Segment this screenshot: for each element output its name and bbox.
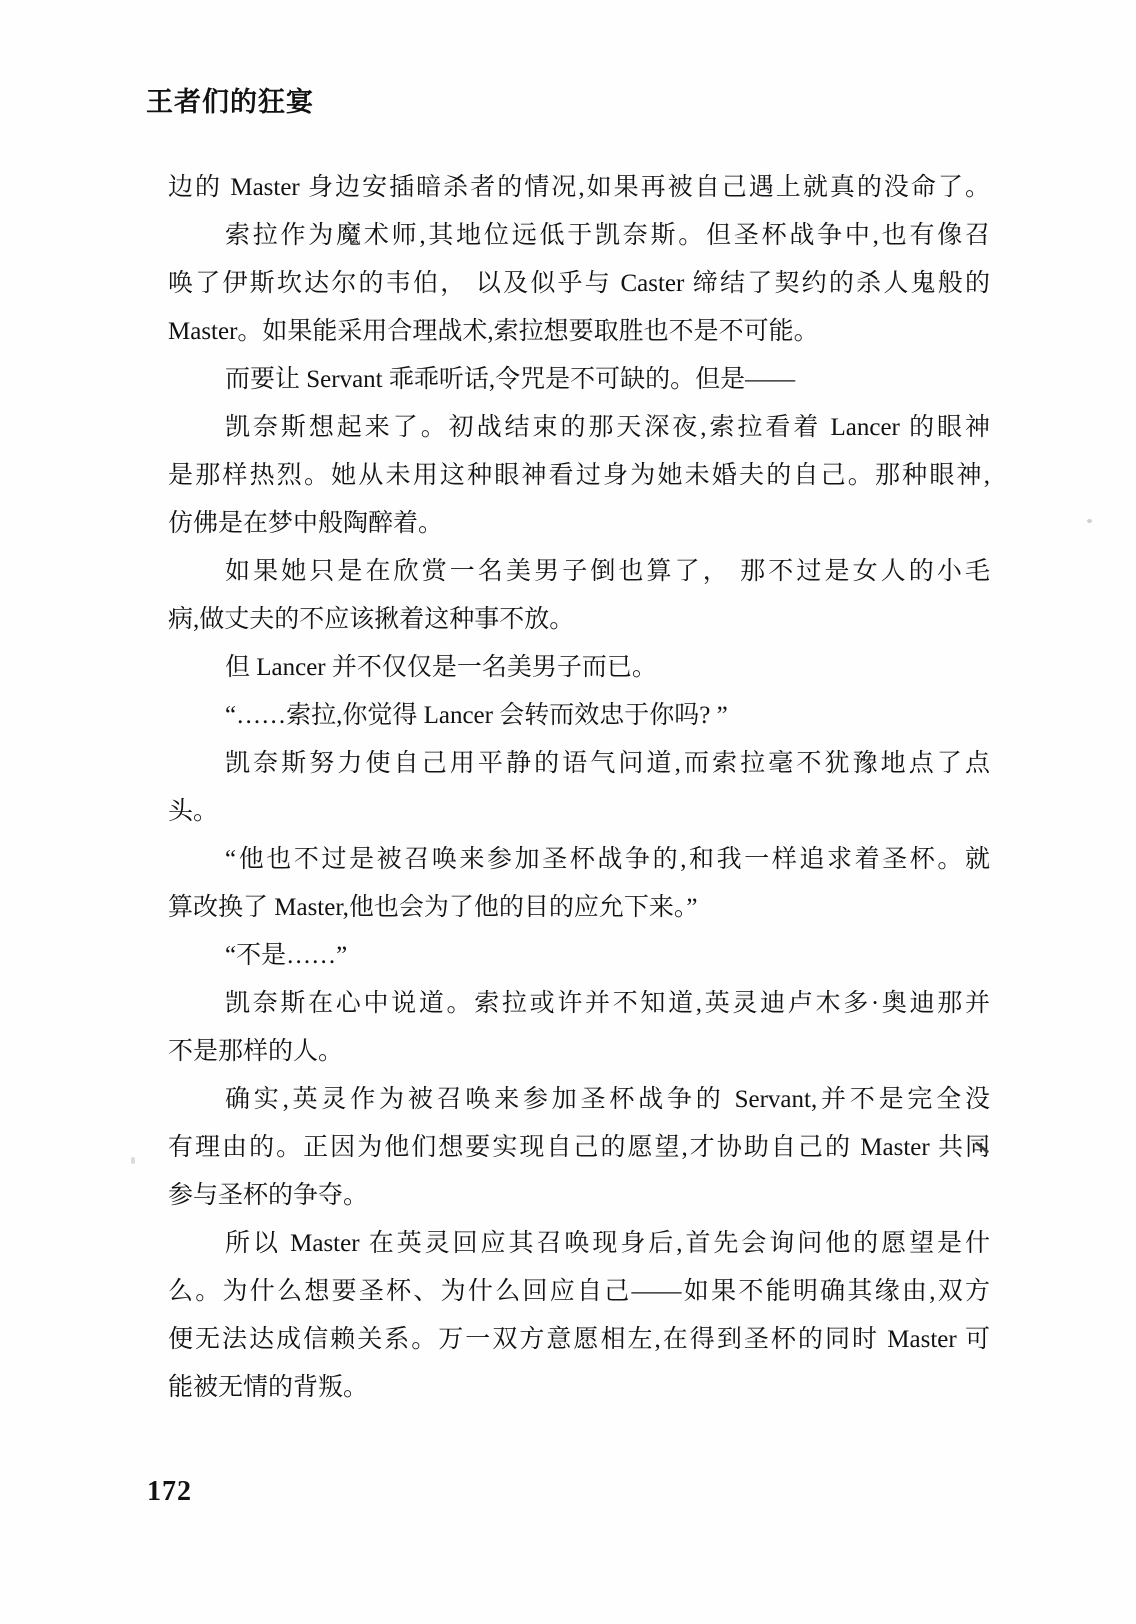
text-line: 唤了伊斯坎达尔的韦伯， 以及似乎与 Caster 缔结了契约的杀人鬼般的 xyxy=(168,260,990,308)
text-line: 病,做丈夫的不应该揪着这种事不放。 xyxy=(168,596,990,644)
book-page-scan: 王者们的狂宴 边的 Master 身边安插暗杀者的情况,如果再被自己遇上就真的没… xyxy=(0,0,1136,1624)
text-line: “……索拉,你觉得 Lancer 会转而效忠于你吗? ” xyxy=(168,692,990,740)
text-line: 如果她只是在欣赏一名美男子倒也算了， 那不过是女人的小毛 xyxy=(168,548,990,596)
text-line: 但 Lancer 并不仅仅是一名美男子而已。 xyxy=(168,644,990,692)
text-line: 是那样热烈。她从未用这种眼神看过身为她未婚夫的自己。那种眼神, xyxy=(168,452,990,500)
text-line: 能被无情的背叛。 xyxy=(168,1364,990,1412)
running-header-title: 王者们的狂宴 xyxy=(146,80,314,119)
text-line: 所以 Master 在英灵回应其召唤现身后,首先会询问他的愿望是什 xyxy=(168,1220,990,1268)
text-line: 么。为什么想要圣杯、为什么回应自己——如果不能明确其缘由,双方 xyxy=(168,1268,990,1316)
text-line: “他也不过是被召唤来参加圣杯战争的,和我一样追求着圣杯。就 xyxy=(168,836,990,884)
text-line: 凯奈斯努力使自己用平静的语气问道,而索拉毫不犹豫地点了点 xyxy=(168,740,990,788)
text-line: 算改换了 Master,他也会为了他的目的应允下来。” xyxy=(168,884,990,932)
text-line: 确实,英灵作为被召唤来参加圣杯战争的 Servant,并不是完全没 xyxy=(168,1076,990,1124)
text-line: 索拉作为魔术师,其地位远低于凯奈斯。但圣杯战争中,也有像召 xyxy=(168,212,990,260)
text-line: 不是那样的人。 xyxy=(168,1028,990,1076)
text-line: 凯奈斯想起来了。初战结束的那天深夜,索拉看着 Lancer 的眼神 xyxy=(168,404,990,452)
body-text-block: 边的 Master 身边安插暗杀者的情况,如果再被自己遇上就真的没命了。 索拉作… xyxy=(168,164,990,1412)
text-line: 参与圣杯的争夺。 xyxy=(168,1172,990,1220)
text-line: 而要让 Servant 乖乖听话,令咒是不可缺的。但是—— xyxy=(168,356,990,404)
text-line: 凯奈斯在心中说道。索拉或许并不知道,英灵迪卢木多·奥迪那并 xyxy=(168,980,990,1028)
ink-speck-mark xyxy=(131,1157,135,1164)
text-line: 有理由的。正因为他们想要实现自己的愿望,才协助自己的 Master 共同 xyxy=(168,1124,990,1172)
text-line: “不是……” xyxy=(168,932,990,980)
text-line: 便无法达成信赖关系。万一双方意愿相左,在得到圣杯的同时 Master 可 xyxy=(168,1316,990,1364)
text-line: Master。如果能采用合理战术,索拉想要取胜也不是不可能。 xyxy=(168,308,990,356)
text-line: 仿佛是在梦中般陶醉着。 xyxy=(168,500,990,548)
text-line: 边的 Master 身边安插暗杀者的情况,如果再被自己遇上就真的没命了。 xyxy=(168,164,990,212)
text-line: 头。 xyxy=(168,788,990,836)
page-number: 172 xyxy=(147,1476,192,1508)
ink-speck-mark xyxy=(1087,519,1092,523)
